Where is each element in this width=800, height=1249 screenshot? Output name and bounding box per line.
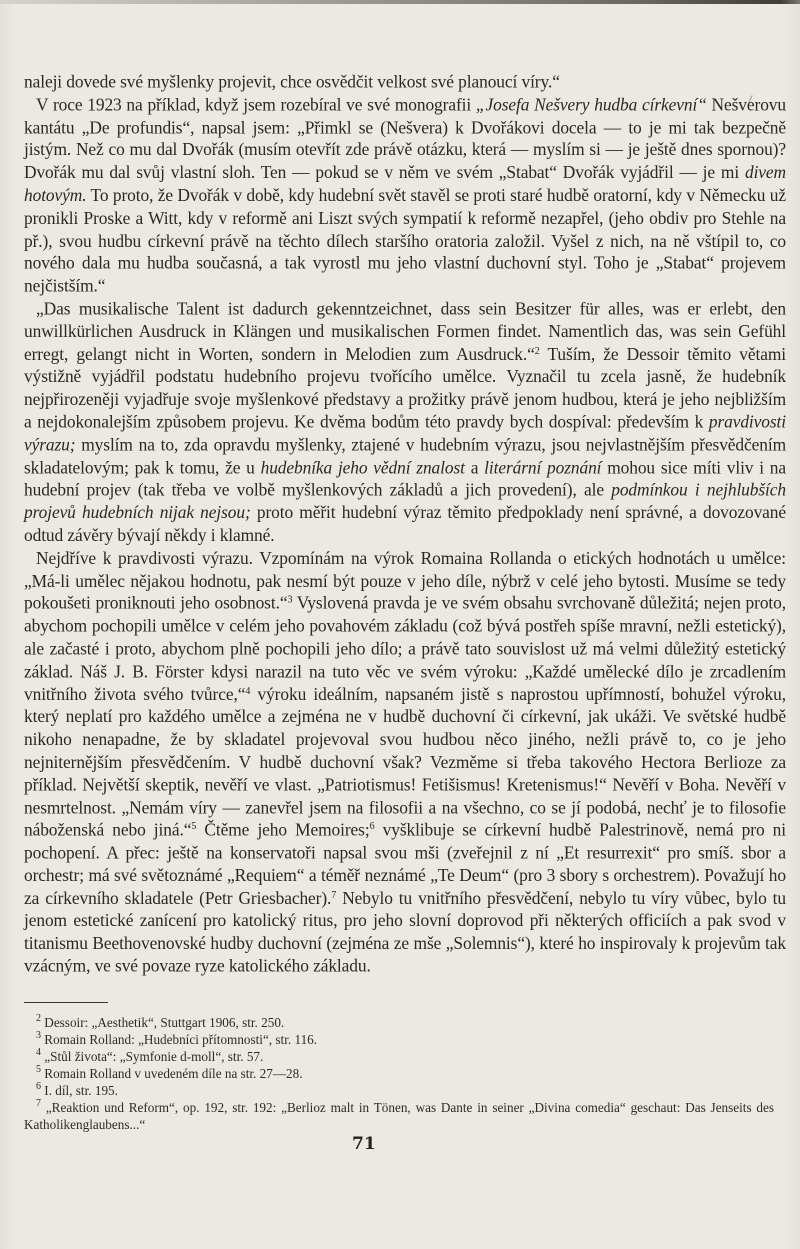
emphasis: hudebníka jeho vědní znalost — [261, 456, 465, 477]
footnote-text: Romain Rolland v uvedeném díle na str. 2… — [41, 1066, 303, 1081]
body-text: naleji dovede své myšlenky projevit, chc… — [24, 71, 786, 978]
footnote: 4 „Stůl života“: „Symfonie d-moll“, str.… — [36, 1048, 786, 1065]
footnote: 5 Romain Rolland v uvedeném díle na str.… — [36, 1065, 786, 1082]
footnote: 6 I. díl, str. 195. — [36, 1082, 786, 1099]
footnote-separator — [24, 1002, 108, 1003]
paragraph: V roce 1923 na příklad, když jsem rozebí… — [24, 94, 786, 298]
text-run: a — [465, 456, 484, 477]
text-run: Čtěme jeho Memoires; — [196, 819, 369, 840]
footnote-text: Dessoir: „Aesthetik“, Stuttgart 1906, st… — [41, 1015, 284, 1030]
paragraph: naleji dovede své myšlenky projevit, chc… — [24, 71, 786, 94]
page-number: 71 — [352, 1134, 376, 1154]
footnote: 3 Romain Rolland: „Hudebníci přítomnosti… — [36, 1031, 786, 1048]
footnote-text: „Stůl života“: „Symfonie d-moll“, str. 5… — [41, 1049, 263, 1064]
paragraph: Nejdříve k pravdivosti výrazu. Vzpomínám… — [24, 547, 786, 978]
text-run: výroku ideálním, napsaném jistě s napros… — [24, 683, 786, 840]
emphasis: „Josefa Nešvery hudba církevní“ — [476, 94, 707, 115]
footnote-text: „Reaktion und Reform“, op. 192, str. 192… — [24, 1100, 774, 1132]
footnote: 7 „Reaktion und Reform“, op. 192, str. 1… — [24, 1099, 774, 1133]
emphasis: literární poznání — [484, 456, 601, 477]
text-run: To proto, že Dvořák v době, kdy hudební … — [24, 184, 786, 295]
text-run: naleji dovede své myšlenky projevit, chc… — [24, 71, 560, 92]
footnotes: 2 Dessoir: „Aesthetik“, Stuttgart 1906, … — [36, 1014, 786, 1133]
paragraph: „Das musikalische Talent ist dadurch gek… — [24, 298, 786, 547]
page-top-edge — [0, 0, 800, 4]
footnote-text: I. díl, str. 195. — [41, 1083, 118, 1098]
footnote: 2 Dessoir: „Aesthetik“, Stuttgart 1906, … — [36, 1014, 786, 1031]
text-run: V roce 1923 na příklad, když jsem rozebí… — [36, 94, 476, 115]
footnote-text: Romain Rolland: „Hudebníci přítomnosti“,… — [41, 1032, 317, 1047]
